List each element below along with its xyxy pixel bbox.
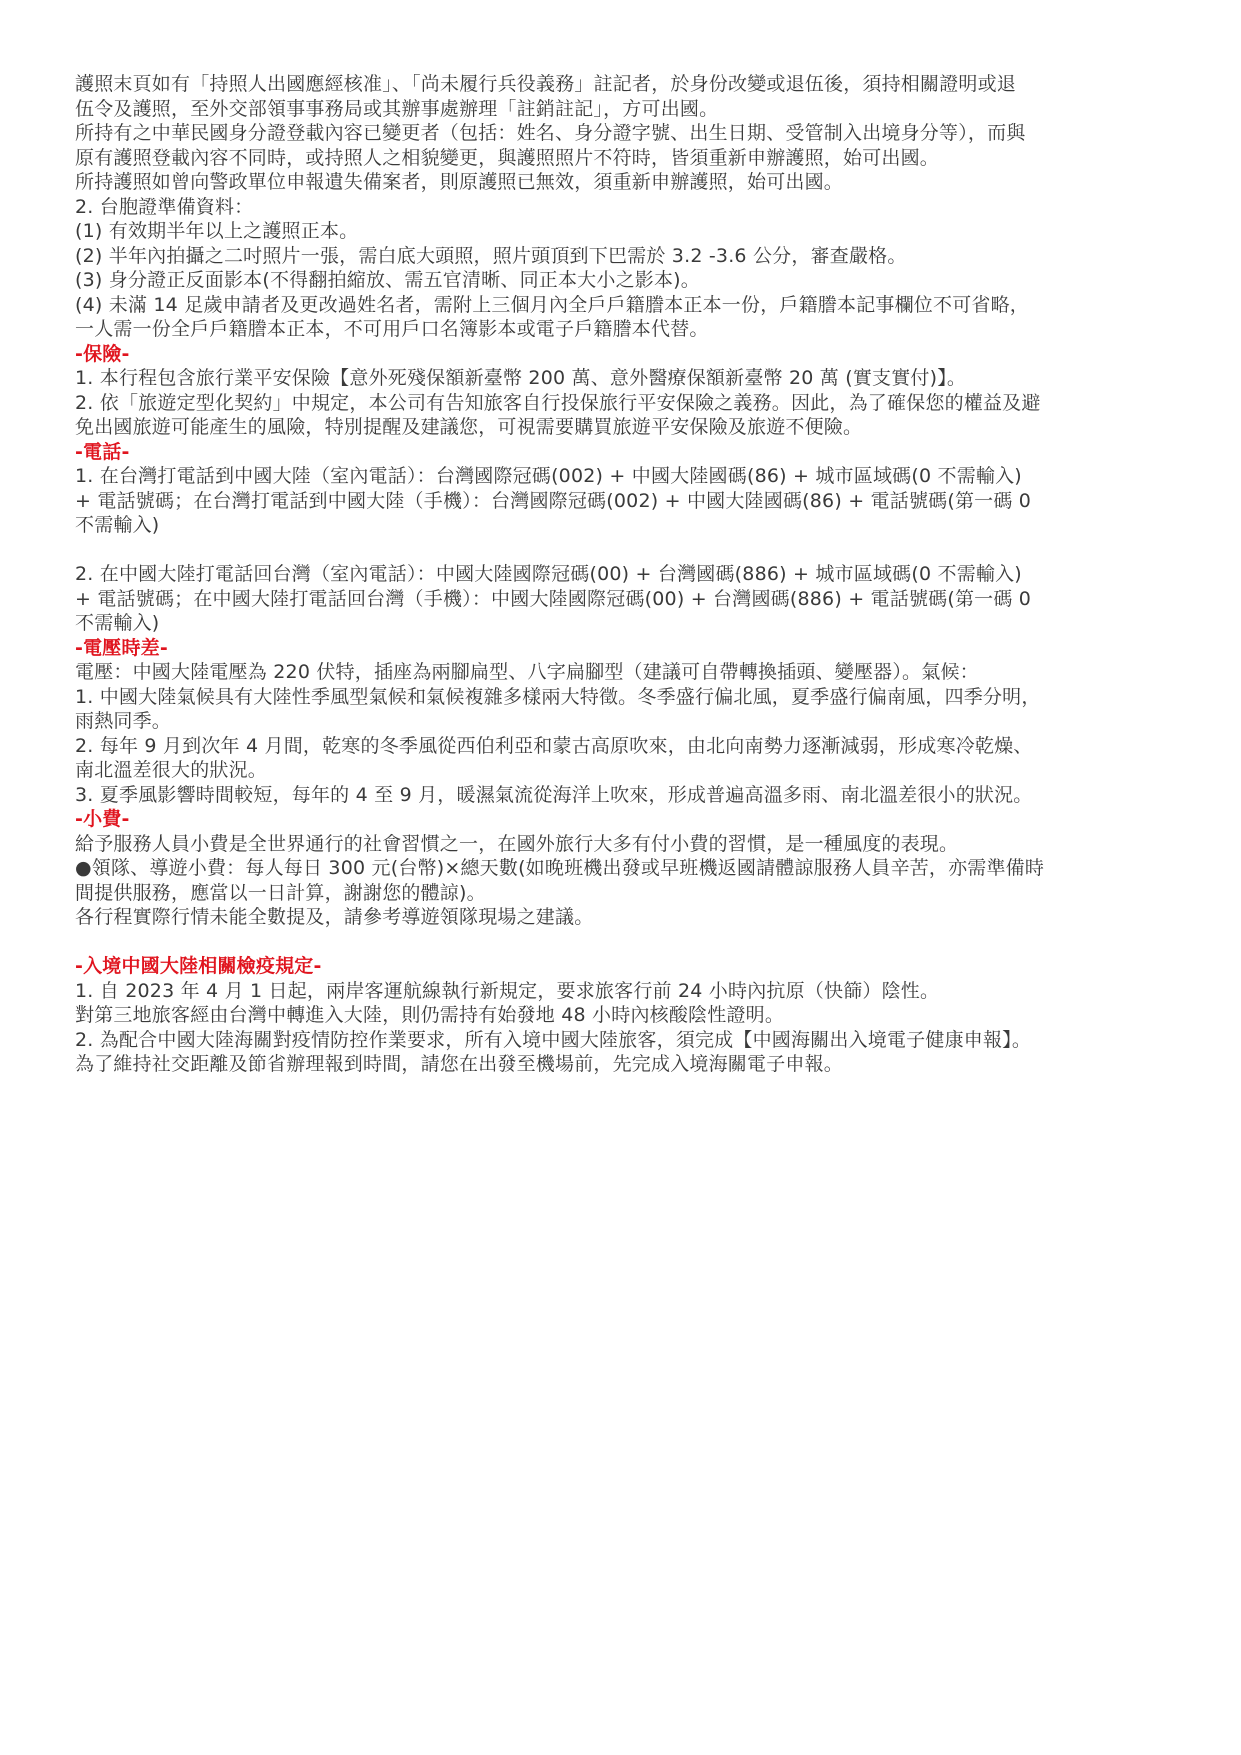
phone-heading: -電話- [75,440,1175,465]
insurance-line: 1. 本行程包含旅行業平安保險【意外死殘保額新臺幣 200 萬、意外醫療保額新臺… [75,366,1175,391]
quarantine-line: 為了維持社交距離及節省辦理報到時間，請您在出發至機場前，先完成入境海關電子申報。 [75,1052,1175,1077]
phone-line: 不需輸入) [75,611,1175,636]
voltage-line: 1. 中國大陸氣候具有大陸性季風型氣候和氣候複雜多樣兩大特徵。冬季盛行偏北風，夏… [75,685,1175,710]
taibao-item: (1) 有效期半年以上之護照正本。 [75,219,1175,244]
phone-line: 1. 在台灣打電話到中國大陸（室內電話）：台灣國際冠碼(002) + 中國大陸國… [75,464,1175,489]
insurance-heading: -保險- [75,342,1175,367]
tips-section: -小費- 給予服務人員小費是全世界通行的社會習慣之一，在國外旅行大多有付小費的習… [75,807,1175,930]
quarantine-section: -入境中國大陸相關檢疫規定- 1. 自 2023 年 4 月 1 日起，兩岸客運… [75,954,1175,1077]
voltage-heading: -電壓時差- [75,636,1175,661]
quarantine-line: 1. 自 2023 年 4 月 1 日起，兩岸客運航線執行新規定，要求旅客行前 … [75,979,1175,1004]
insurance-line: 免出國旅遊可能產生的風險，特別提醒及建議您，可視需要購買旅遊平安保險及旅遊不便險… [75,415,1175,440]
phone-line: + 電話號碼；在台灣打電話到中國大陸（手機）：台灣國際冠碼(002) + 中國大… [75,489,1175,514]
phone-line: + 電話號碼；在中國大陸打電話回台灣（手機）：中國大陸國際冠碼(00) + 台灣… [75,587,1175,612]
passport-note-line: 護照末頁如有「持照人出國應經核准」、「尚未履行兵役義務」註記者，於身份改變或退伍… [75,72,1175,97]
taibao-item: (4) 未滿 14 足歲申請者及更改過姓名者，需附上三個月內全戶戶籍謄本正本一份… [75,293,1175,318]
tips-heading: -小費- [75,807,1175,832]
quarantine-line: 2. 為配合中國大陸海關對疫情防控作業要求，所有入境中國大陸旅客，須完成【中國海… [75,1028,1175,1053]
taibao-section: 2. 台胞證準備資料： (1) 有效期半年以上之護照正本。 (2) 半年內拍攝之… [75,195,1175,342]
phone-section: -電話- 1. 在台灣打電話到中國大陸（室內電話）：台灣國際冠碼(002) + … [75,440,1175,636]
passport-note-line: 所持護照如曾向警政單位申報遺失備案者，則原護照已無效，須重新申辦護照，始可出國。 [75,170,1175,195]
tips-line: 各行程實際行情未能全數提及，請參考導遊領隊現場之建議。 [75,905,1175,930]
voltage-line: 2. 每年 9 月到次年 4 月間，乾寒的冬季風從西伯利亞和蒙古高原吹來，由北向… [75,734,1175,759]
insurance-line: 2. 依「旅遊定型化契約」中規定，本公司有告知旅客自行投保旅行平安保險之義務。因… [75,391,1175,416]
taibao-item: 一人需一份全戶戶籍謄本正本，不可用戶口名簿影本或電子戶籍謄本代替。 [75,317,1175,342]
passport-notes: 護照末頁如有「持照人出國應經核准」、「尚未履行兵役義務」註記者，於身份改變或退伍… [75,72,1175,195]
voltage-line: 電壓：中國大陸電壓為 220 伏特，插座為兩腳扁型、八字扁腳型（建議可自帶轉換插… [75,660,1175,685]
tips-line: ●領隊、導遊小費：每人每日 300 元(台幣)×總天數(如晚班機出發或早班機返國… [75,856,1175,881]
passport-note-line: 伍令及護照，至外交部領事事務局或其辦事處辦理「註銷註記」，方可出國。 [75,97,1175,122]
tips-line: 給予服務人員小費是全世界通行的社會習慣之一，在國外旅行大多有付小費的習慣，是一種… [75,832,1175,857]
taibao-title: 2. 台胞證準備資料： [75,195,1175,220]
insurance-section: -保險- 1. 本行程包含旅行業平安保險【意外死殘保額新臺幣 200 萬、意外醫… [75,342,1175,440]
document-page: 護照末頁如有「持照人出國應經核准」、「尚未履行兵役義務」註記者，於身份改變或退伍… [75,72,1175,1077]
tips-line: 間提供服務，應當以一日計算，謝謝您的體諒)。 [75,881,1175,906]
quarantine-line: 對第三地旅客經由台灣中轉進入大陸，則仍需持有始發地 48 小時內核酸陰性證明。 [75,1003,1175,1028]
voltage-section: -電壓時差- 電壓：中國大陸電壓為 220 伏特，插座為兩腳扁型、八字扁腳型（建… [75,636,1175,808]
passport-note-line: 所持有之中華民國身分證登載內容已變更者（包括：姓名、身分證字號、出生日期、受管制… [75,121,1175,146]
blank-line [75,930,1175,955]
passport-note-line: 原有護照登載內容不同時，或持照人之相貌變更，與護照照片不符時，皆須重新申辦護照，… [75,146,1175,171]
quarantine-heading: -入境中國大陸相關檢疫規定- [75,954,1175,979]
phone-line: 不需輸入) [75,513,1175,538]
taibao-item: (3) 身分證正反面影本(不得翻拍縮放、需五官清晰、同正本大小之影本)。 [75,268,1175,293]
voltage-line: 3. 夏季風影響時間較短，每年的 4 至 9 月，暖濕氣流從海洋上吹來，形成普遍… [75,783,1175,808]
phone-line: 2. 在中國大陸打電話回台灣（室內電話）：中國大陸國際冠碼(00) + 台灣國碼… [75,562,1175,587]
taibao-item: (2) 半年內拍攝之二吋照片一張，需白底大頭照，照片頭頂到下巴需於 3.2 -3… [75,244,1175,269]
voltage-line: 雨熱同季。 [75,709,1175,734]
voltage-line: 南北溫差很大的狀況。 [75,758,1175,783]
blank-line [75,538,1175,563]
